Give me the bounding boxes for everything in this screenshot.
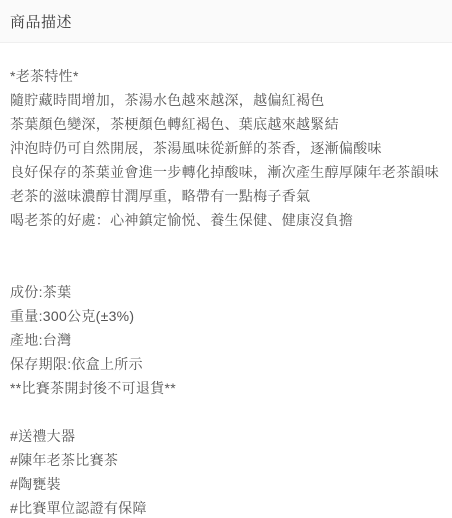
description-line: 良好保存的茶葉並會進一步轉化掉酸味，漸次產生醇厚陳年老茶韻味 — [10, 160, 442, 184]
description-line: 成份:茶葉 — [10, 280, 442, 304]
description-line: 老茶的滋味濃醇甘潤厚重，略帶有一點梅子香氣 — [10, 184, 442, 208]
description-line: 沖泡時仍可自然開展，茶湯風味從新鮮的茶香，逐漸偏酸味 — [10, 136, 442, 160]
description-line: 喝老茶的好處：心神鎮定愉悦、養生保健、健康沒負擔 — [10, 208, 442, 232]
description-line: 茶葉顏色變深，茶梗顏色轉紅褐色、葉底越來越緊結 — [10, 112, 442, 136]
description-line: #陳年老茶比賽茶 — [10, 448, 442, 472]
description-line: 重量:300公克(±3%) — [10, 304, 442, 328]
description-line: #比賽單位認證有保障 — [10, 496, 442, 518]
description-body: *老茶特性*隨貯藏時間增加，茶湯水色越來越深，越偏紅褐色茶葉顏色變深，茶梗顏色轉… — [0, 43, 452, 518]
description-line: #陶甕裝 — [10, 472, 442, 496]
product-description-panel: 商品描述 *老茶特性*隨貯藏時間增加，茶湯水色越來越深，越偏紅褐色茶葉顏色變深，… — [0, 0, 452, 518]
description-line: 保存期限:依盒上所示 — [10, 352, 442, 376]
description-line: 產地:台灣 — [10, 328, 442, 352]
description-line: 隨貯藏時間增加，茶湯水色越來越深，越偏紅褐色 — [10, 88, 442, 112]
description-line — [10, 232, 442, 256]
description-line — [10, 400, 442, 424]
description-line — [10, 256, 442, 280]
description-line: **比賽茶開封後不可退貨** — [10, 376, 442, 400]
panel-header: 商品描述 — [0, 0, 452, 43]
description-line: *老茶特性* — [10, 64, 442, 88]
panel-title: 商品描述 — [10, 11, 72, 32]
description-line: #送禮大器 — [10, 424, 442, 448]
